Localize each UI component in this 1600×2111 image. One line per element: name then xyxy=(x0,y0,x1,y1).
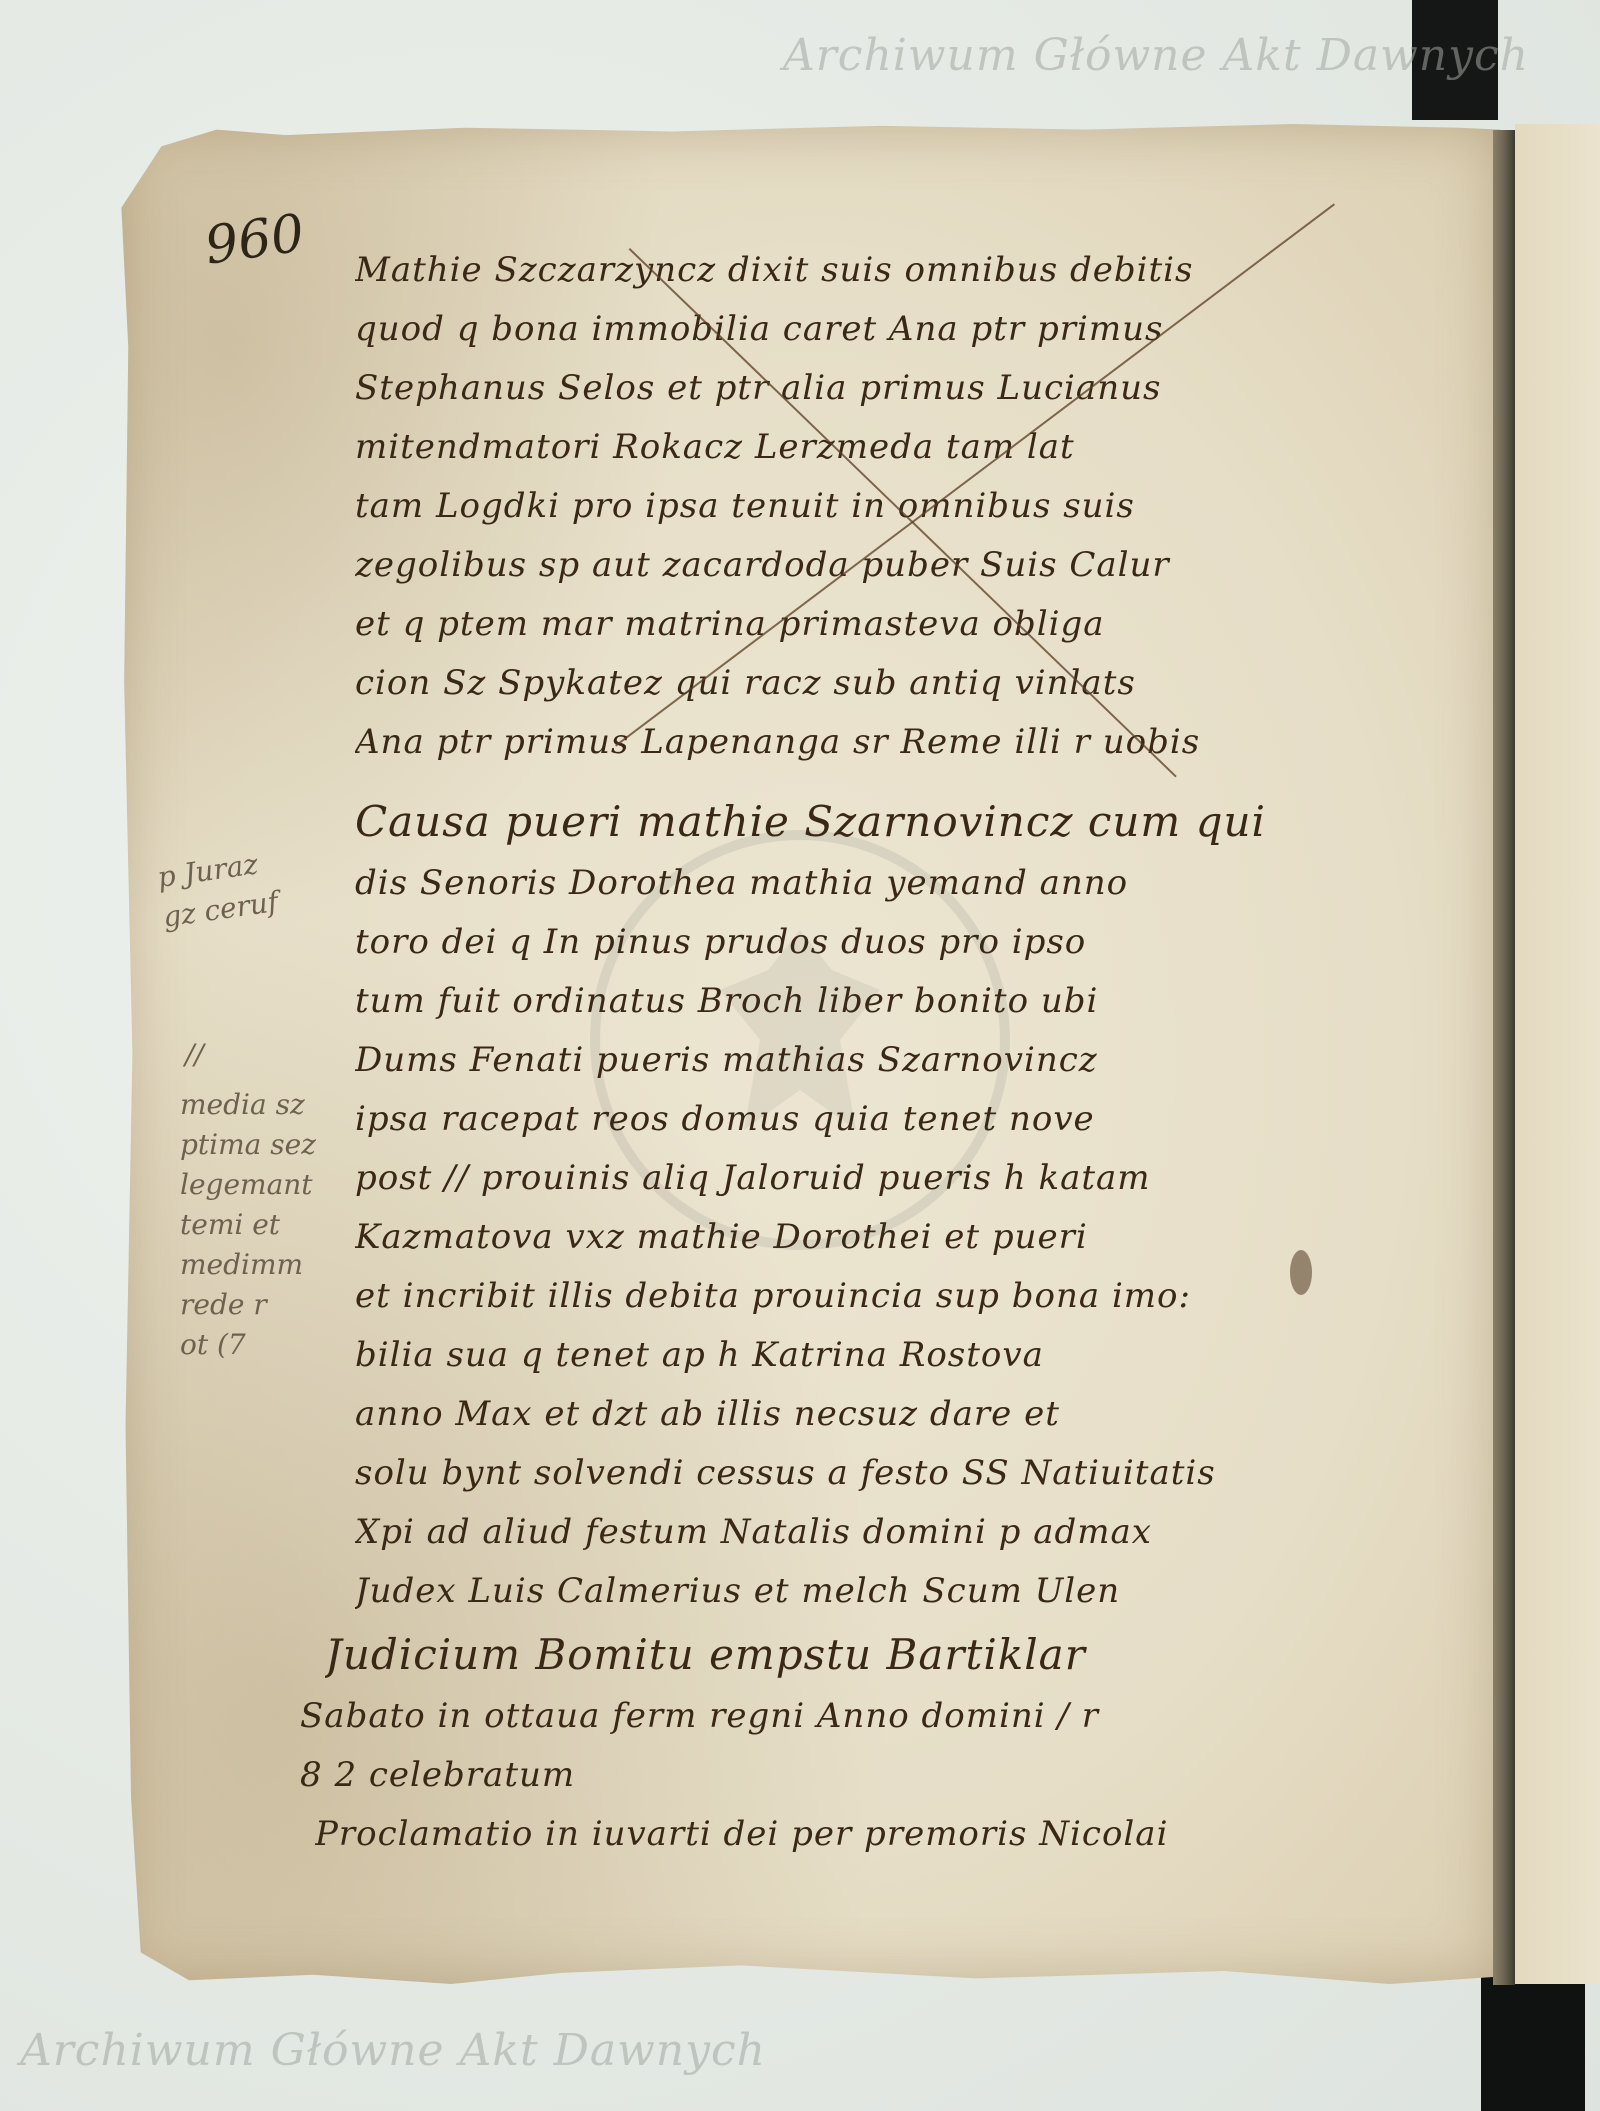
text-line: bilia sua q tenet ap h Katrina Rostova xyxy=(355,1335,1480,1394)
text-line: tum fuit ordinatus Broch liber bonito ub… xyxy=(355,981,1480,1040)
archive-watermark-bottom: Archiwum Główne Akt Dawnych xyxy=(20,2025,766,2076)
date-line: 8 2 celebratum xyxy=(300,1755,1480,1814)
marginal-mark: // xyxy=(185,1035,204,1075)
text-line: Kazmatova vxz mathie Dorothei et pueri xyxy=(355,1217,1480,1276)
book-gutter xyxy=(1493,130,1515,1985)
archive-watermark-top: Archiwum Główne Akt Dawnych xyxy=(783,30,1529,81)
judicium-heading: Judicium Bomitu empstu Bartiklar xyxy=(325,1630,1480,1696)
text-line: Mathie Szczarzyncz dixit suis omnibus de… xyxy=(355,250,1480,309)
manuscript-text: Mathie Szczarzyncz dixit suis omnibus de… xyxy=(355,250,1480,1873)
text-line: Proclamatio in iuvarti dei per premoris … xyxy=(315,1814,1480,1873)
binding-tape-bottom xyxy=(1481,1965,1585,2111)
text-line: et incribit illis debita prouincia sup b… xyxy=(355,1276,1480,1335)
text-line: dis Senoris Dorothea mathia yemand anno xyxy=(355,863,1480,922)
text-line: zegolibus sp aut zacardoda puber Suis Ca… xyxy=(355,545,1480,604)
date-line: Sabato in ottaua ferm regni Anno domini … xyxy=(300,1696,1480,1755)
text-line: post // prouinis aliq Jaloruid pueris h … xyxy=(355,1158,1480,1217)
text-line: Ana ptr primus Lapenanga sr Reme illi r … xyxy=(355,722,1480,781)
text-line: mitendmatori Rokacz Lerzmeda tam lat xyxy=(355,427,1480,486)
text-line: cion Sz Spykatez qui racz sub antiq vinl… xyxy=(355,663,1480,722)
text-line: solu bynt solvendi cessus a festo SS Nat… xyxy=(355,1453,1480,1512)
text-line: Dums Fenati pueris mathias Szarnovincz xyxy=(355,1040,1480,1099)
text-line: et q ptem mar matrina primasteva obliga xyxy=(355,604,1480,663)
text-line: anno Max et dzt ab illis necsuz dare et xyxy=(355,1394,1480,1453)
text-line: Stephanus Selos et ptr alia primus Lucia… xyxy=(355,368,1480,427)
marginal-note: media sz ptima sez legemant temi et medi… xyxy=(180,1085,316,1365)
text-line: Judex Luis Calmerius et melch Scum Ulen xyxy=(355,1571,1480,1630)
text-line: Xpi ad aliud festum Natalis domini p adm… xyxy=(355,1512,1480,1571)
marginal-note: p Juraz gz ceruf xyxy=(155,842,281,937)
entry-heading-line: Causa pueri mathie Szarnovincz cum qui xyxy=(355,797,1480,863)
text-line: toro dei q In pinus prudos duos pro ipso xyxy=(355,922,1480,981)
causa-entry: Causa pueri mathie Szarnovincz cum qui d… xyxy=(355,797,1480,1630)
text-line: quod q bona immobilia caret Ana ptr prim… xyxy=(355,309,1480,368)
facing-page-edge xyxy=(1515,124,1600,1984)
text-line: ipsa racepat reos domus quia tenet nove xyxy=(355,1099,1480,1158)
